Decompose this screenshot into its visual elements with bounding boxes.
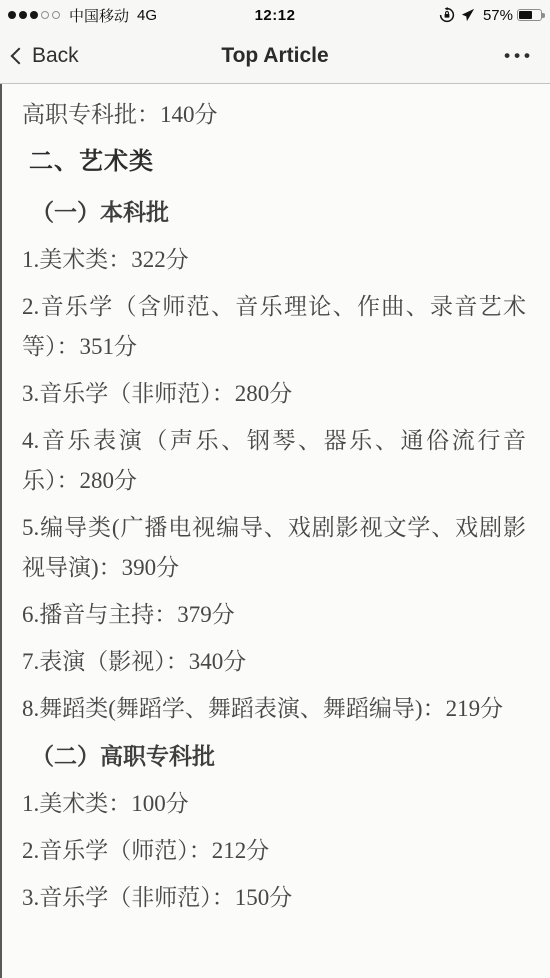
article-paragraph: 2.音乐学（含师范、音乐理论、作曲、录音艺术等）：351分: [22, 287, 526, 367]
article-paragraph: 3.音乐学（非师范）：280分: [22, 374, 526, 414]
status-bar: 中国移动 4G 12:12 57%: [0, 0, 550, 28]
signal-dot: [30, 11, 38, 19]
battery-tip: [542, 13, 545, 18]
signal-dot: [41, 11, 49, 19]
article-heading: （二）高职专科批: [22, 736, 526, 776]
article-content: 高职专科批：140分二、艺术类（一）本科批1.美术类：322分2.音乐学（含师范…: [0, 84, 550, 978]
article-heading: 二、艺术类: [22, 142, 526, 182]
signal-dot: [8, 11, 16, 19]
battery-fill: [519, 11, 532, 19]
orientation-lock-icon: [439, 7, 455, 23]
article-paragraph: 2.音乐学（师范）：212分: [22, 831, 526, 871]
article-paragraph: 4.音乐表演（声乐、钢琴、器乐、通俗流行音乐）：280分: [22, 421, 526, 501]
battery-icon: [517, 9, 542, 21]
back-button[interactable]: Back: [13, 28, 79, 83]
carrier-label: 中国移动: [69, 5, 129, 26]
article-paragraph: 1.美术类：100分: [22, 784, 526, 824]
article-paragraph: 7.表演（影视）：340分: [22, 642, 526, 682]
more-options-button[interactable]: •••: [504, 28, 534, 83]
chevron-left-icon: [11, 47, 28, 64]
location-arrow-icon: [461, 8, 475, 22]
nav-bar: Back Top Article •••: [0, 28, 550, 84]
battery-percent-label: 57%: [483, 7, 513, 24]
article-paragraph: 6.播音与主持：379分: [22, 595, 526, 635]
signal-dot: [19, 11, 27, 19]
article-paragraph: 3.音乐学（非师范）：150分: [22, 878, 526, 918]
article-paragraph: 8.舞蹈类(舞蹈学、舞蹈表演、舞蹈编导)：219分: [22, 689, 526, 729]
article-paragraph: 高职专科批：140分: [22, 95, 526, 135]
article-paragraph: 5.编导类(广播电视编导、戏剧影视文学、戏剧影视导演)：390分: [22, 508, 526, 588]
signal-dot: [52, 11, 60, 19]
page-title: Top Article: [221, 44, 328, 68]
back-button-label: Back: [32, 44, 79, 68]
article-paragraph: 1.美术类：322分: [22, 240, 526, 280]
network-type-label: 4G: [137, 7, 157, 24]
signal-strength-icon: [8, 11, 63, 19]
clock-label: 12:12: [255, 7, 296, 24]
article-heading: （一）本科批: [22, 192, 526, 232]
